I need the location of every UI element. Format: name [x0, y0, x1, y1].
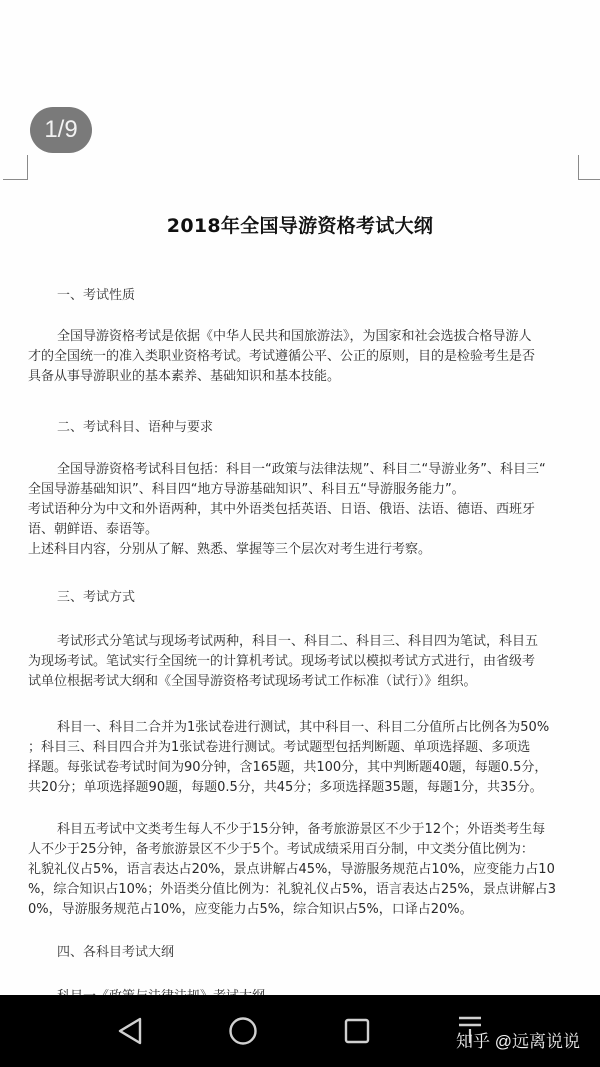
- text-line: 共20分；单项选择题90题，每题0.5分，共45分；多项选择题35题，每题1分，…: [28, 778, 588, 798]
- text-line: 礼貌礼仪占5%，语言表达占20%，景点讲解占45%，导游服务规范占10%，应变能…: [28, 860, 588, 880]
- text-line: 才的全国统一的准入类职业资格考试。考试遵循公平、公正的原则，目的是检验考生是否: [28, 347, 588, 367]
- back-button[interactable]: [108, 995, 152, 1067]
- section-heading-4: 四、各科目考试大纲: [57, 941, 174, 960]
- text-line: 科目一《政策与法律法规》考试大纲: [28, 987, 588, 995]
- text-line: 为现场考试。笔试实行全国统一的计算机考试。现场考试以模拟考试方式进行，由省级考: [28, 652, 588, 672]
- paragraph-written-exam: 科目一、科目二合并为1张试卷进行测试，其中科目一、科目二分值所占比例各为50% …: [28, 718, 588, 798]
- text-line: 语、朝鲜语、泰语等。: [28, 520, 588, 540]
- text-line: 人不少于25分钟，备考旅游景区不少于5个。考试成绩采用百分制，中文类分值比例为：: [28, 840, 588, 860]
- text-line: 考试语种分为中文和外语两种，其中外语类包括英语、日语、俄语、法语、德语、西班牙: [28, 500, 588, 520]
- paragraph-exam-format: 考试形式分笔试与现场考试两种，科目一、科目二、科目三、科目四为笔试，科目五 为现…: [28, 632, 588, 692]
- text-line: %，综合知识占10%；外语类分值比例为：礼貌礼仪占5%，语言表达占25%，景点讲…: [28, 880, 588, 900]
- paragraph-oral-exam: 科目五考试中文类考生每人不少于15分钟，备考旅游景区不少于12个；外语类考生每 …: [28, 820, 588, 920]
- text-line: 具备从事导游职业的基本素养、基础知识和基本技能。: [28, 367, 588, 387]
- page-corner-mark-right: [578, 155, 600, 180]
- text-line: 科目一、科目二合并为1张试卷进行测试，其中科目一、科目二分值所占比例各为50%: [28, 718, 588, 738]
- page-indicator: 1/9: [30, 107, 92, 153]
- watermark-text: 知乎 @远离说说: [456, 1027, 580, 1052]
- section-heading-2: 二、考试科目、语种与要求: [57, 416, 213, 435]
- home-button[interactable]: [221, 995, 265, 1067]
- square-recents-icon: [344, 1018, 370, 1044]
- text-line: ；科目三、科目四合并为1张试卷进行测试。考试题型包括判断题、单项选择题、多项选: [28, 738, 588, 758]
- text-line: 全国导游资格考试是依据《中华人民共和国旅游法》，为国家和社会选拔合格导游人: [28, 327, 588, 347]
- section-heading-1: 一、考试性质: [57, 284, 135, 303]
- page-corner-mark-left: [3, 155, 28, 180]
- triangle-back-icon: [117, 1017, 143, 1045]
- circle-home-icon: [228, 1016, 258, 1046]
- paragraph-subjects: 全国导游资格考试科目包括：科目一“政策与法律法规”、科目二“导游业务”、科目三“…: [28, 460, 588, 560]
- document-title: 2018年全国导游资格考试大纲: [0, 211, 600, 238]
- text-line: 全国导游资格考试科目包括：科目一“政策与法律法规”、科目二“导游业务”、科目三“: [28, 460, 588, 480]
- paragraph-exam-nature: 全国导游资格考试是依据《中华人民共和国旅游法》，为国家和社会选拔合格导游人 才的…: [28, 327, 588, 387]
- text-line: 全国导游基础知识”、科目四“地方导游基础知识”、科目五“导游服务能力”。: [28, 480, 588, 500]
- document-viewer[interactable]: 1/9 2018年全国导游资格考试大纲 一、考试性质 全国导游资格考试是依据《中…: [0, 0, 600, 995]
- recents-button[interactable]: [335, 995, 379, 1067]
- text-line: 上述科目内容，分别从了解、熟悉、掌握等三个层次对考生进行考察。: [28, 540, 588, 560]
- paragraph-subject-one-outline: 科目一《政策与法律法规》考试大纲: [28, 987, 588, 995]
- section-heading-3: 三、考试方式: [57, 586, 135, 605]
- text-line: 择题。每张试卷考试时间为90分钟，含165题，共100分，其中判断题40题，每题…: [28, 758, 588, 778]
- text-line: 考试形式分笔试与现场考试两种，科目一、科目二、科目三、科目四为笔试，科目五: [28, 632, 588, 652]
- text-line: 0%，导游服务规范占10%，应变能力占5%，综合知识占5%，口译占20%。: [28, 900, 588, 920]
- text-line: 科目五考试中文类考生每人不少于15分钟，备考旅游景区不少于12个；外语类考生每: [28, 820, 588, 840]
- text-line: 试单位根据考试大纲和《全国导游资格考试现场考试工作标准（试行）》组织。: [28, 672, 588, 692]
